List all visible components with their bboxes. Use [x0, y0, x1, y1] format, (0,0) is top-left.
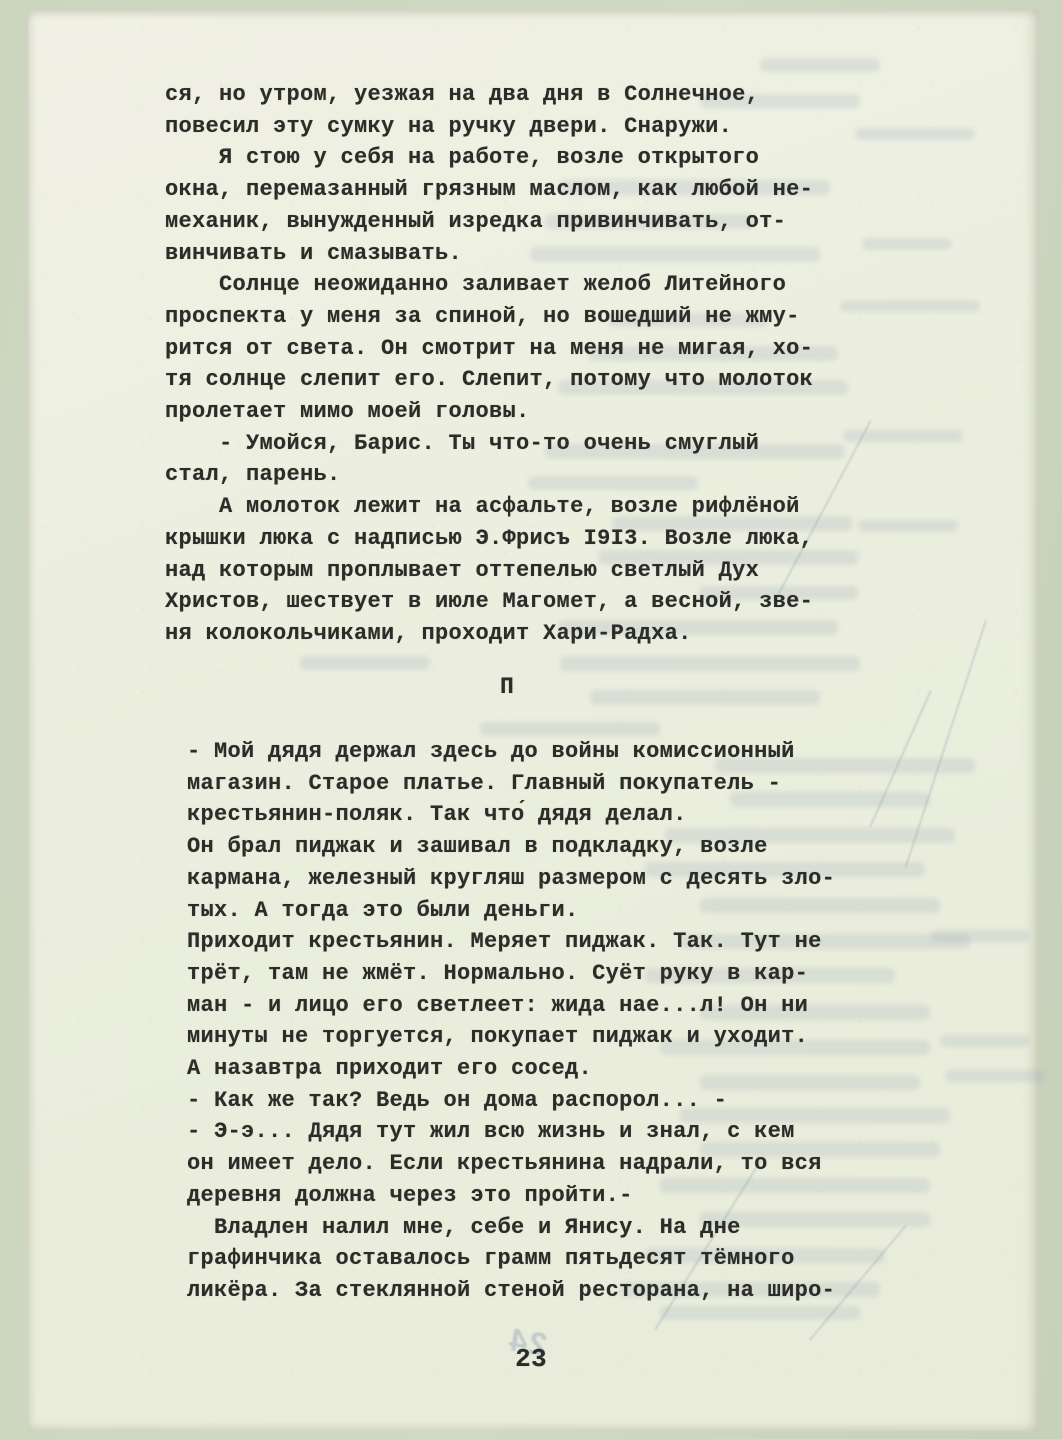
- text-line: механик, вынужденный изредка привинчиват…: [165, 206, 813, 238]
- text-line: - Как же так? Ведь он дома распорол... -: [187, 1085, 835, 1117]
- text-line: магазин. Старое платье. Главный покупате…: [187, 768, 835, 800]
- text-line: тых. А тогда это были деньги.: [187, 895, 835, 927]
- text-line: Христов, шествует в июле Магомет, а весн…: [165, 586, 813, 618]
- text-line: крышки люка с надписью Э.Фрисъ I9I3. Воз…: [165, 523, 813, 555]
- text-line: - Э-э... Дядя тут жил всю жизнь и знал, …: [187, 1116, 835, 1148]
- text-line: минуты не торгуется, покупает пиджак и у…: [187, 1021, 835, 1053]
- text-line: повесил эту сумку на ручку двери. Снаруж…: [165, 111, 813, 143]
- text-block-top: ся, но утром, уезжая на два дня в Солнеч…: [165, 79, 813, 650]
- text-line: пролетает мимо моей головы.: [165, 396, 813, 428]
- text-line: винчивать и смазывать.: [165, 238, 813, 270]
- text-line: трёт, там не жмёт. Нормально. Суёт руку …: [187, 958, 835, 990]
- text-line: графинчика оставалось грамм пятьдесят тё…: [187, 1243, 835, 1275]
- scanned-book-page: ся, но утром, уезжая на два дня в Солнеч…: [0, 0, 1062, 1439]
- text-line: ся, но утром, уезжая на два дня в Солнеч…: [165, 79, 813, 111]
- text-line: крестьянин-поляк. Так что́ дядя делал.: [187, 799, 835, 831]
- text-line: Солнце неожиданно заливает желоб Литейно…: [165, 269, 813, 301]
- text-line: ня колокольчиками, проходит Хари-Радха.: [165, 618, 813, 650]
- text-line: А назавтра приходит его сосед.: [187, 1053, 835, 1085]
- text-line: ликёра. За стеклянной стеной ресторана, …: [187, 1275, 835, 1307]
- section-heading: П: [165, 672, 849, 704]
- page-number: 23: [0, 1342, 1062, 1376]
- text-line: Он брал пиджак и зашивал в подкладку, во…: [187, 831, 835, 863]
- text-line: над которым проплывает оттепелью светлый…: [165, 555, 813, 587]
- text-line: рится от света. Он смотрит на меня не ми…: [165, 333, 813, 365]
- text-line: - Умойся, Барис. Ты что-то очень смуглый: [165, 428, 813, 460]
- text-line: ман - и лицо его светлеет: жида нае...л!…: [187, 990, 835, 1022]
- text-line: А молоток лежит на асфальте, возле рифлё…: [165, 491, 813, 523]
- text-line: тя солнце слепит его. Слепит, потому что…: [165, 364, 813, 396]
- text-line: Я стою у себя на работе, возле открытого: [165, 142, 813, 174]
- text-line: окна, перемазанный грязным маслом, как л…: [165, 174, 813, 206]
- text-line: Владлен налил мне, себе и Янису. На дне: [187, 1212, 835, 1244]
- text-line: проспекта у меня за спиной, но вошедший …: [165, 301, 813, 333]
- text-block-bottom: - Мой дядя держал здесь до войны комисси…: [187, 736, 835, 1307]
- text-line: - Мой дядя держал здесь до войны комисси…: [187, 736, 835, 768]
- text-line: Приходит крестьянин. Меряет пиджак. Так.…: [187, 926, 835, 958]
- text-line: стал, парень.: [165, 459, 813, 491]
- text-line: он имеет дело. Если крестьянина надрали,…: [187, 1148, 835, 1180]
- text-line: деревня должна через это пройти.-: [187, 1180, 835, 1212]
- text-line: кармана, железный кругляш размером с дес…: [187, 863, 835, 895]
